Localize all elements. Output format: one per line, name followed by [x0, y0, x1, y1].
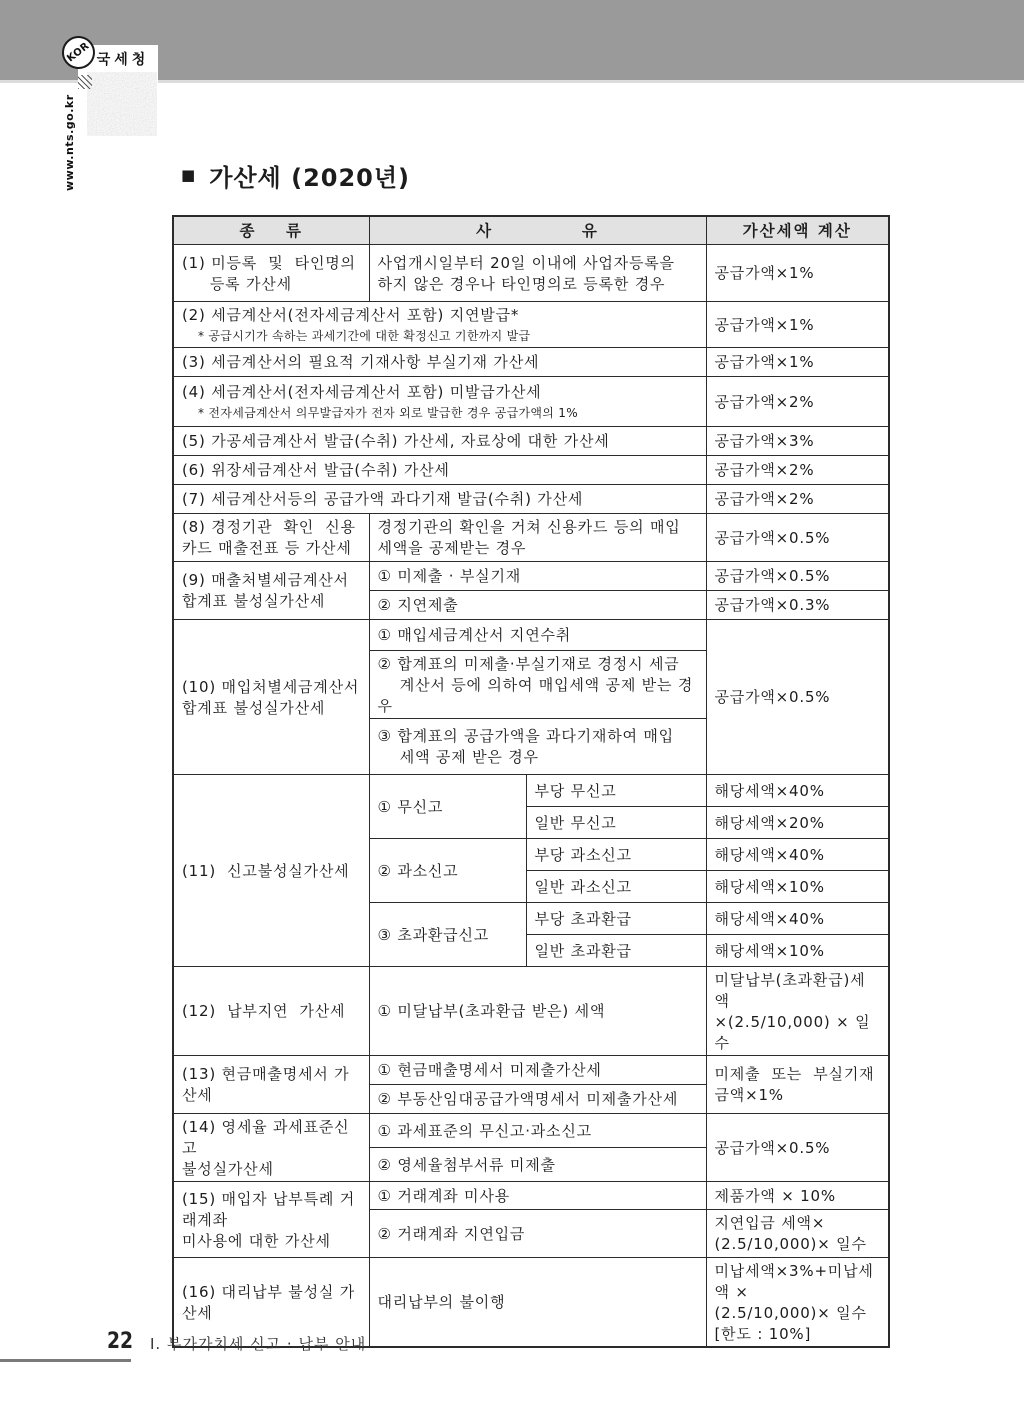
- table-row: (5) 가공세금계산서 발급(수취) 가산세, 자료상에 대한 가산세 공급가액…: [173, 426, 889, 455]
- r11-g2-calc2: 해당세액×10%: [706, 870, 889, 902]
- table-row: (7) 세금계산서등의 공급가액 과다기재 발급(수취) 가산세 공급가액×2%: [173, 484, 889, 513]
- table-row: (4) 세금계산서(전자세금계산서 포함) 미발급가산세 * 전자세금계산서 의…: [173, 376, 889, 426]
- r5-kind-reason: (5) 가공세금계산서 발급(수취) 가산세, 자료상에 대한 가산세: [173, 426, 706, 455]
- r2-kind-reason: (2) 세금계산서(전자세금계산서 포함) 지연발급* * 공급시기가 속하는 …: [173, 301, 706, 347]
- r13-kind: (13) 현금매출명세서 가산세: [173, 1055, 369, 1113]
- r1-reason: 사업개시일부터 20일 이내에 사업자등록을 하지 않은 경우나 타인명의로 등…: [369, 244, 706, 301]
- r8-kind: (8) 경정기관 확인 신용 카드 매출전표 등 가산세: [173, 513, 369, 561]
- r9-calc1: 공급가액×0.5%: [706, 561, 889, 590]
- r7-kind-reason: (7) 세금계산서등의 공급가액 과다기재 발급(수취) 가산세: [173, 484, 706, 513]
- r15-sub1: ① 거래계좌 미사용: [369, 1181, 706, 1209]
- r13-sub1: ① 현금매출명세서 미제출가산세: [369, 1055, 706, 1084]
- table-row: (14) 영세율 과세표준신고 불성실가산세 ① 과세표준의 무신고·과소신고 …: [173, 1113, 889, 1147]
- footer-rule: [0, 1359, 131, 1362]
- r12-kind: (12) 납부지연 가산세: [173, 966, 369, 1055]
- table-row: (13) 현금매출명세서 가산세 ① 현금매출명세서 미제출가산세 미제출 또는…: [173, 1055, 889, 1084]
- r11-g3-calc1: 해당세액×40%: [706, 902, 889, 934]
- r10-sub3: ③ 합계표의 공급가액을 과다기재하여 매입 세액 공제 받은 경우: [369, 718, 706, 774]
- r15-calc2: 지연입금 세액× (2.5/10,000)× 일수: [706, 1209, 889, 1257]
- page-number: 22: [107, 1329, 133, 1354]
- r15-calc1: 제품가액 × 10%: [706, 1181, 889, 1209]
- r4-kind-reason: (4) 세금계산서(전자세금계산서 포함) 미발급가산세 * 전자세금계산서 의…: [173, 376, 706, 426]
- table-row: (15) 매입자 납부특례 거래계좌 미사용에 대한 가산세 ① 거래계좌 미사…: [173, 1181, 889, 1209]
- r11-g1-item1: 부당 무신고: [526, 774, 706, 806]
- r11-g1-calc2: 해당세액×20%: [706, 806, 889, 838]
- r9-sub2: ② 지연제출: [369, 590, 706, 619]
- square-bullet-icon: ■: [181, 166, 196, 184]
- r2-calc: 공급가액×1%: [706, 301, 889, 347]
- header-kind: 종 류: [173, 216, 369, 244]
- r2-main-text: (2) 세금계산서(전자세금계산서 포함) 지연발급*: [182, 306, 519, 324]
- footer-section-title: Ⅰ. 부가가치세 신고 · 납부 안내: [150, 1333, 366, 1354]
- r11-group3-label: ③ 초과환급신고: [369, 902, 526, 966]
- r11-g3-calc2: 해당세액×10%: [706, 934, 889, 966]
- r6-kind-reason: (6) 위장세금계산서 발급(수취) 가산세: [173, 455, 706, 484]
- penalty-table: 종 류 사 유 가산세액 계산 (1) 미등록 및 타인명의 등록 가산세 사업…: [172, 215, 890, 1348]
- r8-calc: 공급가액×0.5%: [706, 513, 889, 561]
- header-reason: 사 유: [369, 216, 706, 244]
- r14-sub1: ① 과세표준의 무신고·과소신고: [369, 1113, 706, 1147]
- r8-reason: 경정기관의 확인을 거쳐 신용카드 등의 매입 세액을 공제받는 경우: [369, 513, 706, 561]
- r12-calc: 미달납부(초과환급)세액 ×(2.5/10,000) × 일수: [706, 966, 889, 1055]
- r16-reason: 대리납부의 불이행: [369, 1257, 706, 1347]
- nts-logo-block: 국세청 KOR www.nts.go.kr: [78, 45, 158, 136]
- r4-footnote: * 전자세금계산서 의무발급자가 전자 외로 발급한 경우 공급가액의 1%: [182, 404, 698, 421]
- r15-sub2: ② 거래계좌 지연입금: [369, 1209, 706, 1257]
- table-row: (9) 매출처별세금계산서 합계표 불성실가산세 ① 미제출 · 부실기재 공급…: [173, 561, 889, 590]
- section-title-row: ■ 가산세 (2020년): [181, 158, 410, 193]
- r1-kind: (1) 미등록 및 타인명의 등록 가산세: [173, 244, 369, 301]
- r7-calc: 공급가액×2%: [706, 484, 889, 513]
- r15-kind: (15) 매입자 납부특례 거래계좌 미사용에 대한 가산세: [173, 1181, 369, 1257]
- r11-group1-label: ① 무신고: [369, 774, 526, 838]
- table-header-row: 종 류 사 유 가산세액 계산: [173, 216, 889, 244]
- r10-calc: 공급가액×0.5%: [706, 619, 889, 774]
- r10-sub1: ① 매입세금계산서 지연수취: [369, 619, 706, 650]
- noise-stamp-image: [87, 72, 157, 136]
- r11-g3-item1: 부당 초과환급: [526, 902, 706, 934]
- r11-g2-item1: 부당 과소신고: [526, 838, 706, 870]
- hatch-marks: [78, 75, 92, 89]
- r9-calc2: 공급가액×0.3%: [706, 590, 889, 619]
- r11-g3-item2: 일반 초과환급: [526, 934, 706, 966]
- r11-g2-calc1: 해당세액×40%: [706, 838, 889, 870]
- r14-kind: (14) 영세율 과세표준신고 불성실가산세: [173, 1113, 369, 1181]
- r12-reason: ① 미달납부(초과환급 받은) 세액: [369, 966, 706, 1055]
- r2-footnote: * 공급시기가 속하는 과세기간에 대한 확정신고 기한까지 발급: [182, 327, 698, 344]
- page-title: 가산세 (2020년): [209, 158, 410, 193]
- r11-kind: (11) 신고불성실가산세: [173, 774, 369, 966]
- r11-group2-label: ② 과소신고: [369, 838, 526, 902]
- r4-calc: 공급가액×2%: [706, 376, 889, 426]
- r10-sub2: ② 합계표의 미제출·부실기재로 경정시 세금 계산서 등에 의하여 매입세액 …: [369, 650, 706, 718]
- r10-kind: (10) 매입처별세금계산서 합계표 불성실가산세: [173, 619, 369, 774]
- table-row: (11) 신고불성실가산세 ① 무신고 부당 무신고 해당세액×40%: [173, 774, 889, 806]
- r16-calc: 미납세액×3%+미납세액 × (2.5/10,000)× 일수 [한도 : 10…: [706, 1257, 889, 1347]
- r5-calc: 공급가액×3%: [706, 426, 889, 455]
- r14-sub2: ② 영세율첨부서류 미제출: [369, 1147, 706, 1181]
- r13-sub2: ② 부동산임대공급가액명세서 미제출가산세: [369, 1084, 706, 1113]
- r11-g2-item2: 일반 과소신고: [526, 870, 706, 902]
- nts-url-vertical: www.nts.go.kr: [63, 94, 76, 191]
- header-calc: 가산세액 계산: [706, 216, 889, 244]
- r11-g1-item2: 일반 무신고: [526, 806, 706, 838]
- table-row: (10) 매입처별세금계산서 합계표 불성실가산세 ① 매입세금계산서 지연수취…: [173, 619, 889, 650]
- r6-calc: 공급가액×2%: [706, 455, 889, 484]
- r9-sub1: ① 미제출 · 부실기재: [369, 561, 706, 590]
- r9-kind: (9) 매출처별세금계산서 합계표 불성실가산세: [173, 561, 369, 619]
- r11-g1-calc1: 해당세액×40%: [706, 774, 889, 806]
- table-row: (2) 세금계산서(전자세금계산서 포함) 지연발급* * 공급시기가 속하는 …: [173, 301, 889, 347]
- table-row: (12) 납부지연 가산세 ① 미달납부(초과환급 받은) 세액 미달납부(초과…: [173, 966, 889, 1055]
- r13-calc: 미제출 또는 부실기재 금액×1%: [706, 1055, 889, 1113]
- r3-kind-reason: (3) 세금계산서의 필요적 기재사항 부실기재 가산세: [173, 347, 706, 376]
- table-row: (3) 세금계산서의 필요적 기재사항 부실기재 가산세 공급가액×1%: [173, 347, 889, 376]
- r1-calc: 공급가액×1%: [706, 244, 889, 301]
- r14-calc: 공급가액×0.5%: [706, 1113, 889, 1181]
- r4-main-text: (4) 세금계산서(전자세금계산서 포함) 미발급가산세: [182, 383, 541, 401]
- table-row: (1) 미등록 및 타인명의 등록 가산세 사업개시일부터 20일 이내에 사업…: [173, 244, 889, 301]
- r3-calc: 공급가액×1%: [706, 347, 889, 376]
- table-row: (6) 위장세금계산서 발급(수취) 가산세 공급가액×2%: [173, 455, 889, 484]
- table-row: (8) 경정기관 확인 신용 카드 매출전표 등 가산세 경정기관의 확인을 거…: [173, 513, 889, 561]
